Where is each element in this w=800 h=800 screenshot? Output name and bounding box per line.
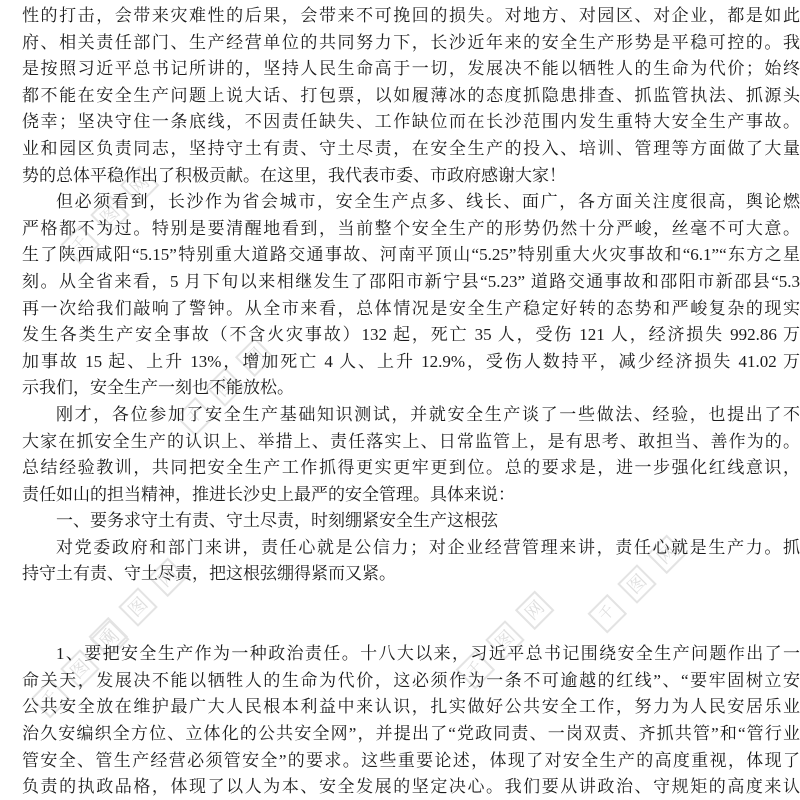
text-line: 发生各类生产安全事故（不含火灾事故）132 起，死亡 35 人，受伤 121 人… — [22, 322, 800, 349]
text-line: 势的总体平稳作出了积极贡献。在这里，我代表市委、市政府感谢大家！ — [22, 163, 800, 190]
text-line: 都不能在安全生产问题上说大话、打包票，以如履薄冰的态度抓隐患排查、抓监管执法、抓… — [22, 83, 800, 110]
text-line: 刻。从全省来看，5 月下旬以来相继发生了邵阳市新宁县“5.23” 道路交通事故和… — [22, 269, 800, 296]
text-line: 一、要务求守土有责、守土尽责，时刻绷紧安全生产这根弦 — [22, 508, 800, 535]
text-line: 加事故 15 起、上升 13%，增加死亡 4 人、上升 12.9%，受伤人数持平… — [22, 349, 800, 376]
text-line: 侥幸；坚决守住一条底线，不因责任缺失、工作缺位而在长沙范围内发生重特大安全生产事… — [22, 109, 800, 136]
blank-line — [22, 615, 800, 642]
text-line: 再一次给我们敲响了警钟。从全市来看，总体情况是安全生产稳定好转的态势和严峻复杂的… — [22, 296, 800, 323]
text-line: 是按照习近平总书记所讲的，坚持人民生命高于一切，发展决不能以牺牲人的生命为代价；… — [22, 56, 800, 83]
text-line: 总结经验教训，共同把安全生产工作抓得更实更牢更到位。总的要求是，进一步强化红线意… — [22, 455, 800, 482]
text-line: 业和园区负责同志，坚持守土有责、守土尽责，在安全生产的投入、培训、管理等方面做了… — [22, 136, 800, 163]
text-line: 性的打击，会带来灾难性的后果，会带来不可挽回的损失。对地方、对园区、对企业，都是… — [22, 3, 800, 30]
text-line: 大家在抓安全生产的认识上、举措上、责任落实上、日常监管上，是有思考、敢担当、善作… — [22, 429, 800, 456]
blank-line — [22, 588, 800, 615]
document-body: 性的打击，会带来灾难性的后果，会带来不可挽回的损失。对地方、对园区、对企业，都是… — [22, 3, 800, 800]
text-line: 1、要把安全生产作为一种政治责任。十八大以来，习近平总书记围绕安全生产问题作出了… — [22, 641, 800, 668]
text-line: 府、相关责任部门、生产经营单位的共同努力下，长沙近年来的安全生产形势是平稳可控的… — [22, 30, 800, 57]
text-line: 示我们，安全生产一刻也不能放松。 — [22, 375, 800, 402]
text-line: 对党委政府和部门来讲，责任心就是公信力；对企业经营管理来讲，责任心就是生产力。抓 — [22, 535, 800, 562]
text-line: 生了陕西咸阳“5.15”特别重大道路交通事故、河南平顶山“5.25”特别重大火灾… — [22, 242, 800, 269]
text-line: 刚才，各位参加了安全生产基础知识测试，并就安全生产谈了一些做法、经验，也提出了不 — [22, 402, 800, 429]
text-line: 严格都不为过。特别是要清醒地看到，当前整个安全生产的形势仍然十分严峻，丝毫不可大… — [22, 216, 800, 243]
text-line: 命关天，发展决不能以牺牲人的生命为代价，这必须作为一条不可逾越的红线”、“要牢固… — [22, 668, 800, 695]
text-line: 但必须看到，长沙作为省会城市，安全生产点多、线长、面广，各方面关注度很高，舆论燃 — [22, 189, 800, 216]
document-page: 千图网千图网千图网千图网千图网千图网 性的打击，会带来灾难性的后果，会带来不可挽… — [0, 0, 800, 800]
text-line: 持守土有责、守土尽责，把这根弦绷得紧而又紧。 — [22, 561, 800, 588]
text-line: 负责的执政品格，体现了以人为本、安全发展的坚定决心。我们要从讲政治、守规矩的高度… — [22, 774, 800, 800]
text-line: 治久安编织全方位、立体化的公共安全网”，并提出了“党政同责、一岗双责、齐抓共管”… — [22, 721, 800, 748]
text-line: 责任如山的担当精神，推进长沙史上最严的安全管理。具体来说： — [22, 482, 800, 509]
text-line: 管安全、管生产经营必须管安全”的要求。这些重要论述，体现了对安全生产的高度重视，… — [22, 748, 800, 775]
text-line: 公共安全放在维护最广大人民根本利益中来认识，扎实做好公共安全工作，努力为人民安居… — [22, 694, 800, 721]
